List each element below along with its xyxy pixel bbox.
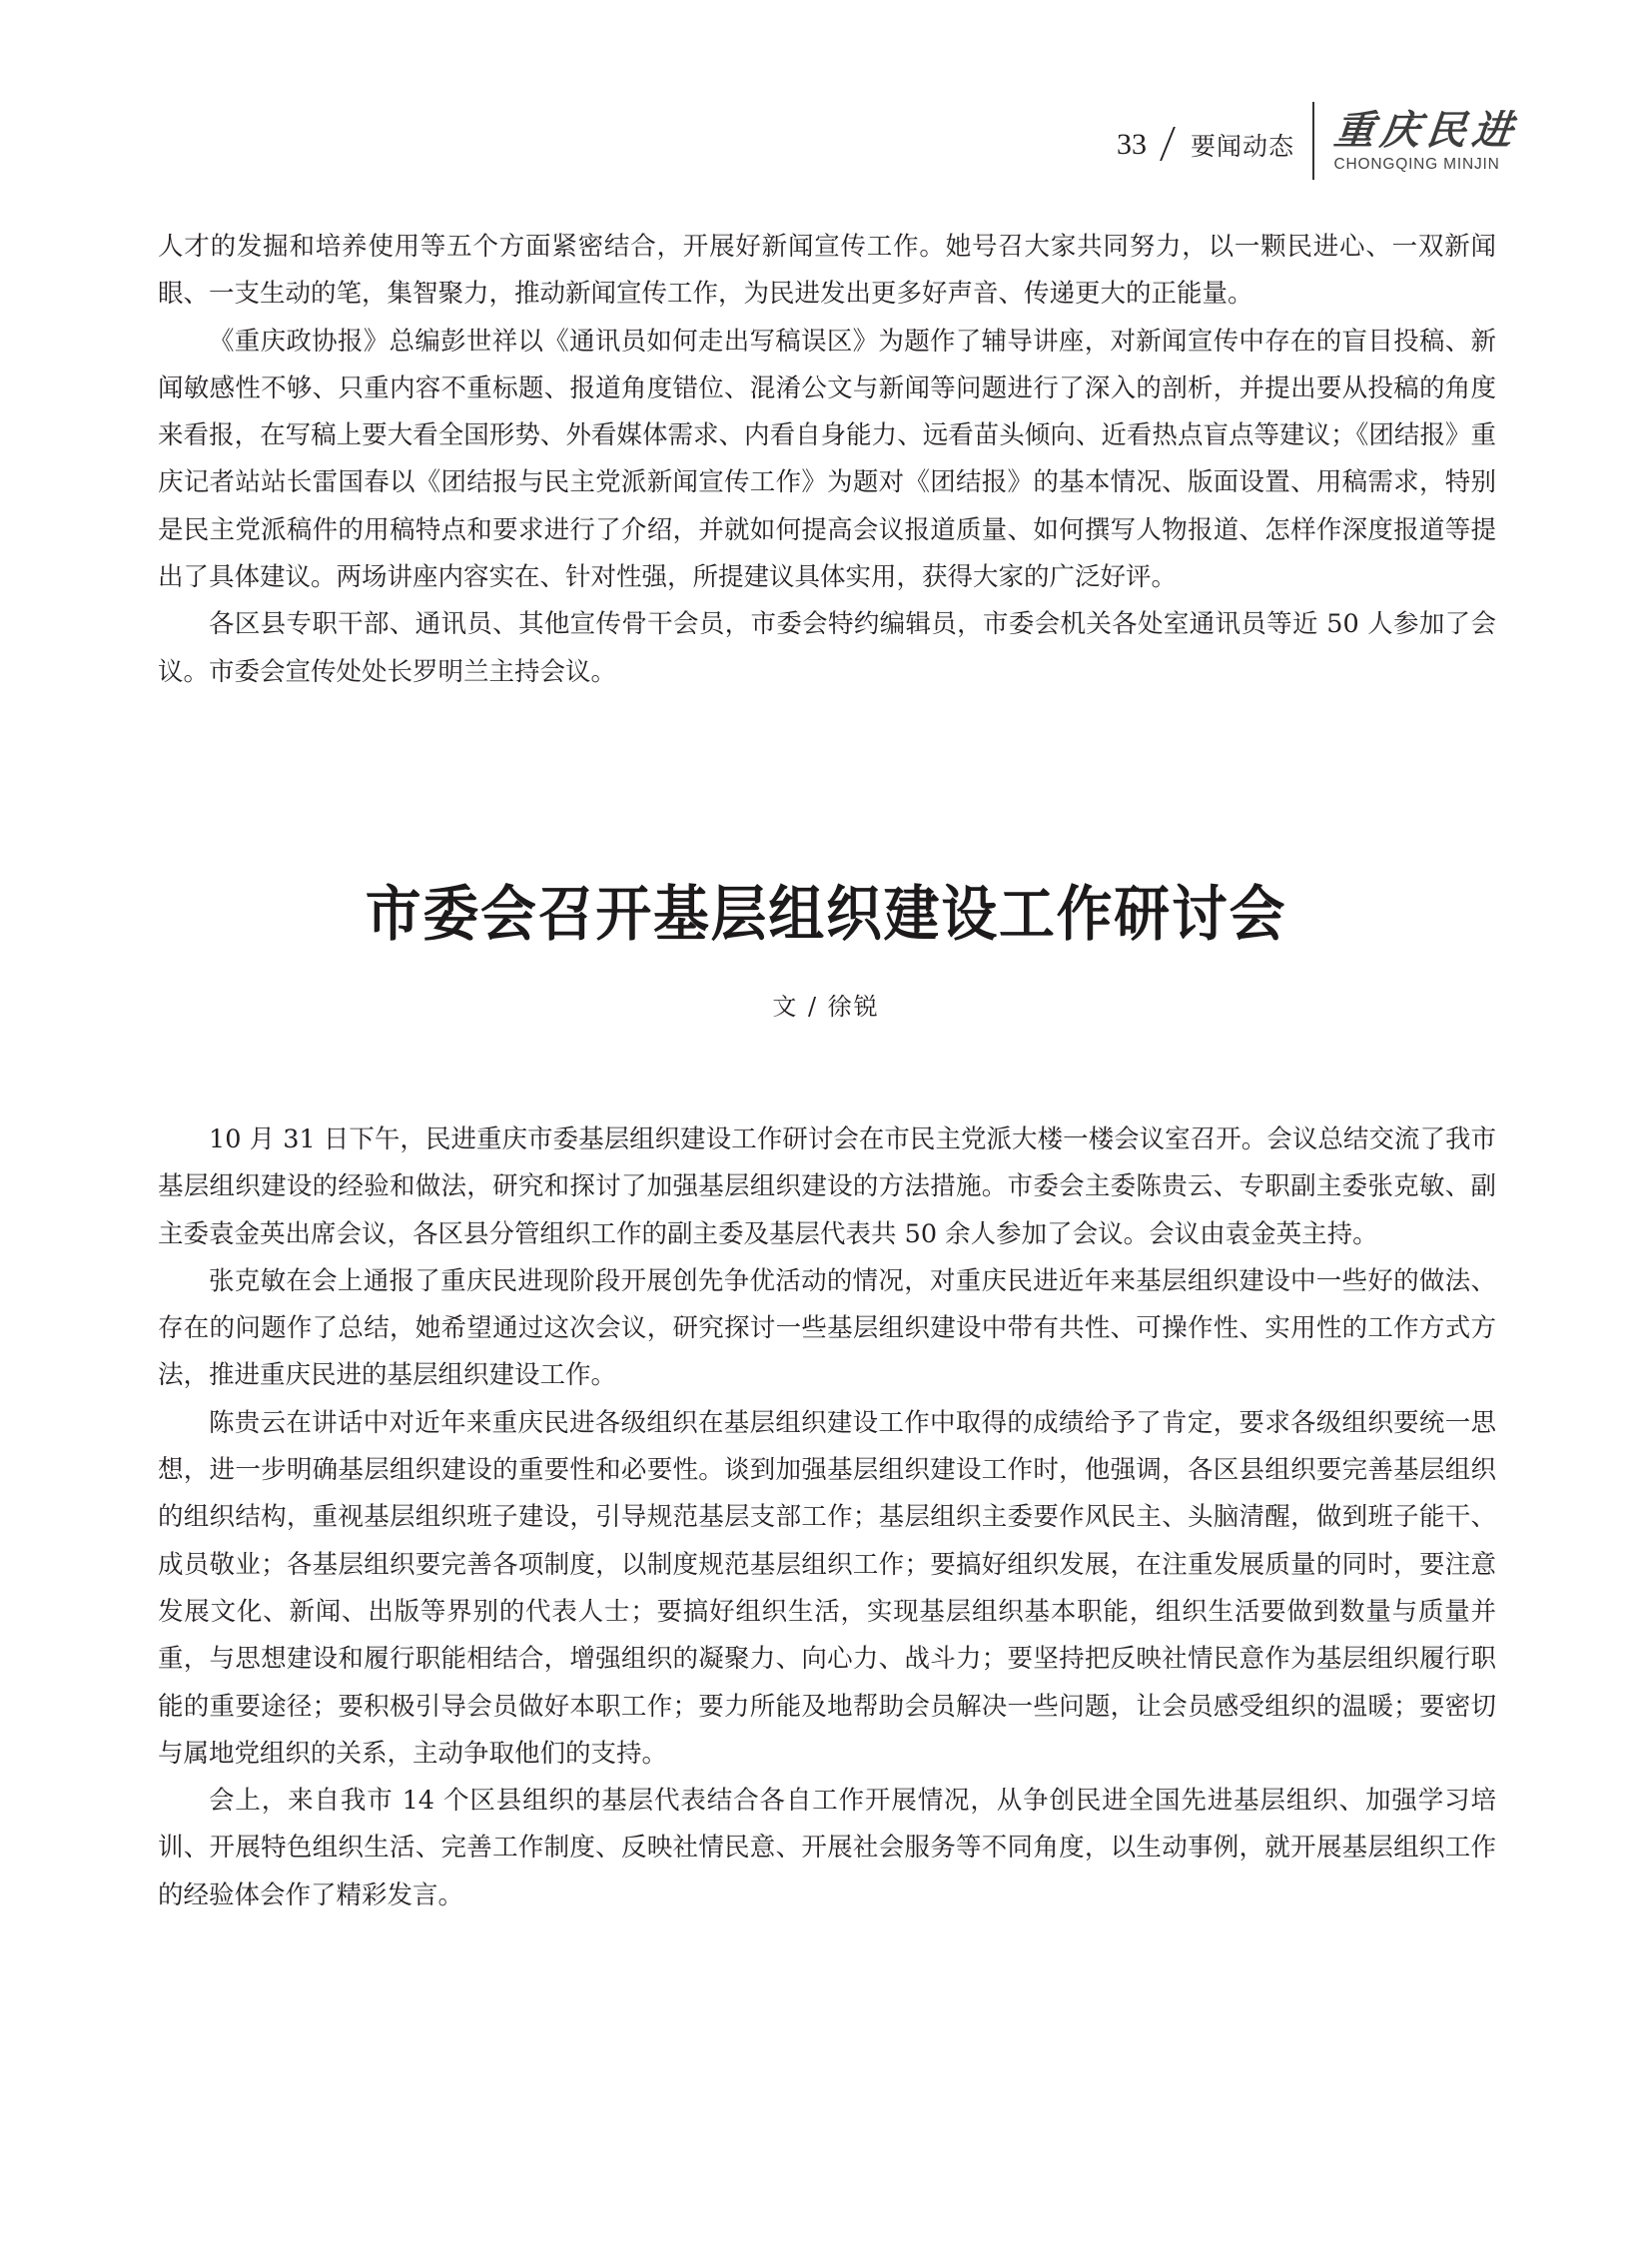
logo-english: CHONGQING MINJIN — [1334, 156, 1500, 174]
slash-divider — [1160, 127, 1176, 161]
paragraph: 张克敏在会上通报了重庆民进现阶段开展创先争优活动的情况，对重庆民进近年来基层组织… — [158, 1258, 1496, 1400]
article-byline: 文 / 徐锐 — [0, 987, 1652, 1022]
article-title: 市委会召开基层组织建设工作研讨会 — [58, 867, 1594, 953]
logo-calligraphy: 重庆民进 — [1331, 108, 1520, 154]
paragraph: 人才的发掘和培养使用等五个方面紧密结合，开展好新闻宣传工作。她号召大家共同努力，… — [158, 224, 1496, 319]
previous-article-body: 人才的发掘和培养使用等五个方面紧密结合，开展好新闻宣传工作。她号召大家共同努力，… — [158, 224, 1496, 696]
paragraph: 各区县专职干部、通讯员、其他宣传骨干会员，市委会特约编辑员，市委会机关各处室通讯… — [158, 601, 1496, 696]
magazine-logo: 重庆民进 CHONGQING MINJIN — [1334, 108, 1518, 174]
paragraph: 《重庆政协报》总编彭世祥以《通讯员如何走出写稿误区》为题作了辅导讲座，对新闻宣传… — [158, 319, 1496, 602]
page-number: 33 — [1117, 128, 1147, 162]
paragraph: 10 月 31 日下午，民进重庆市委基层组织建设工作研讨会在市民主党派大楼一楼会… — [158, 1117, 1496, 1258]
vertical-divider — [1312, 102, 1314, 180]
running-header: 33 要闻动态 重庆民进 CHONGQING MINJIN — [1117, 96, 1518, 186]
paragraph: 陈贵云在讲话中对近年来重庆民进各级组织在基层组织建设工作中取得的成绩给予了肯定，… — [158, 1400, 1496, 1778]
article-body: 10 月 31 日下午，民进重庆市委基层组织建设工作研讨会在市民主党派大楼一楼会… — [158, 1117, 1496, 1919]
paragraph: 会上，来自我市 14 个区县组织的基层代表结合各自工作开展情况，从争创民进全国先… — [158, 1778, 1496, 1919]
section-name: 要闻动态 — [1191, 127, 1294, 163]
